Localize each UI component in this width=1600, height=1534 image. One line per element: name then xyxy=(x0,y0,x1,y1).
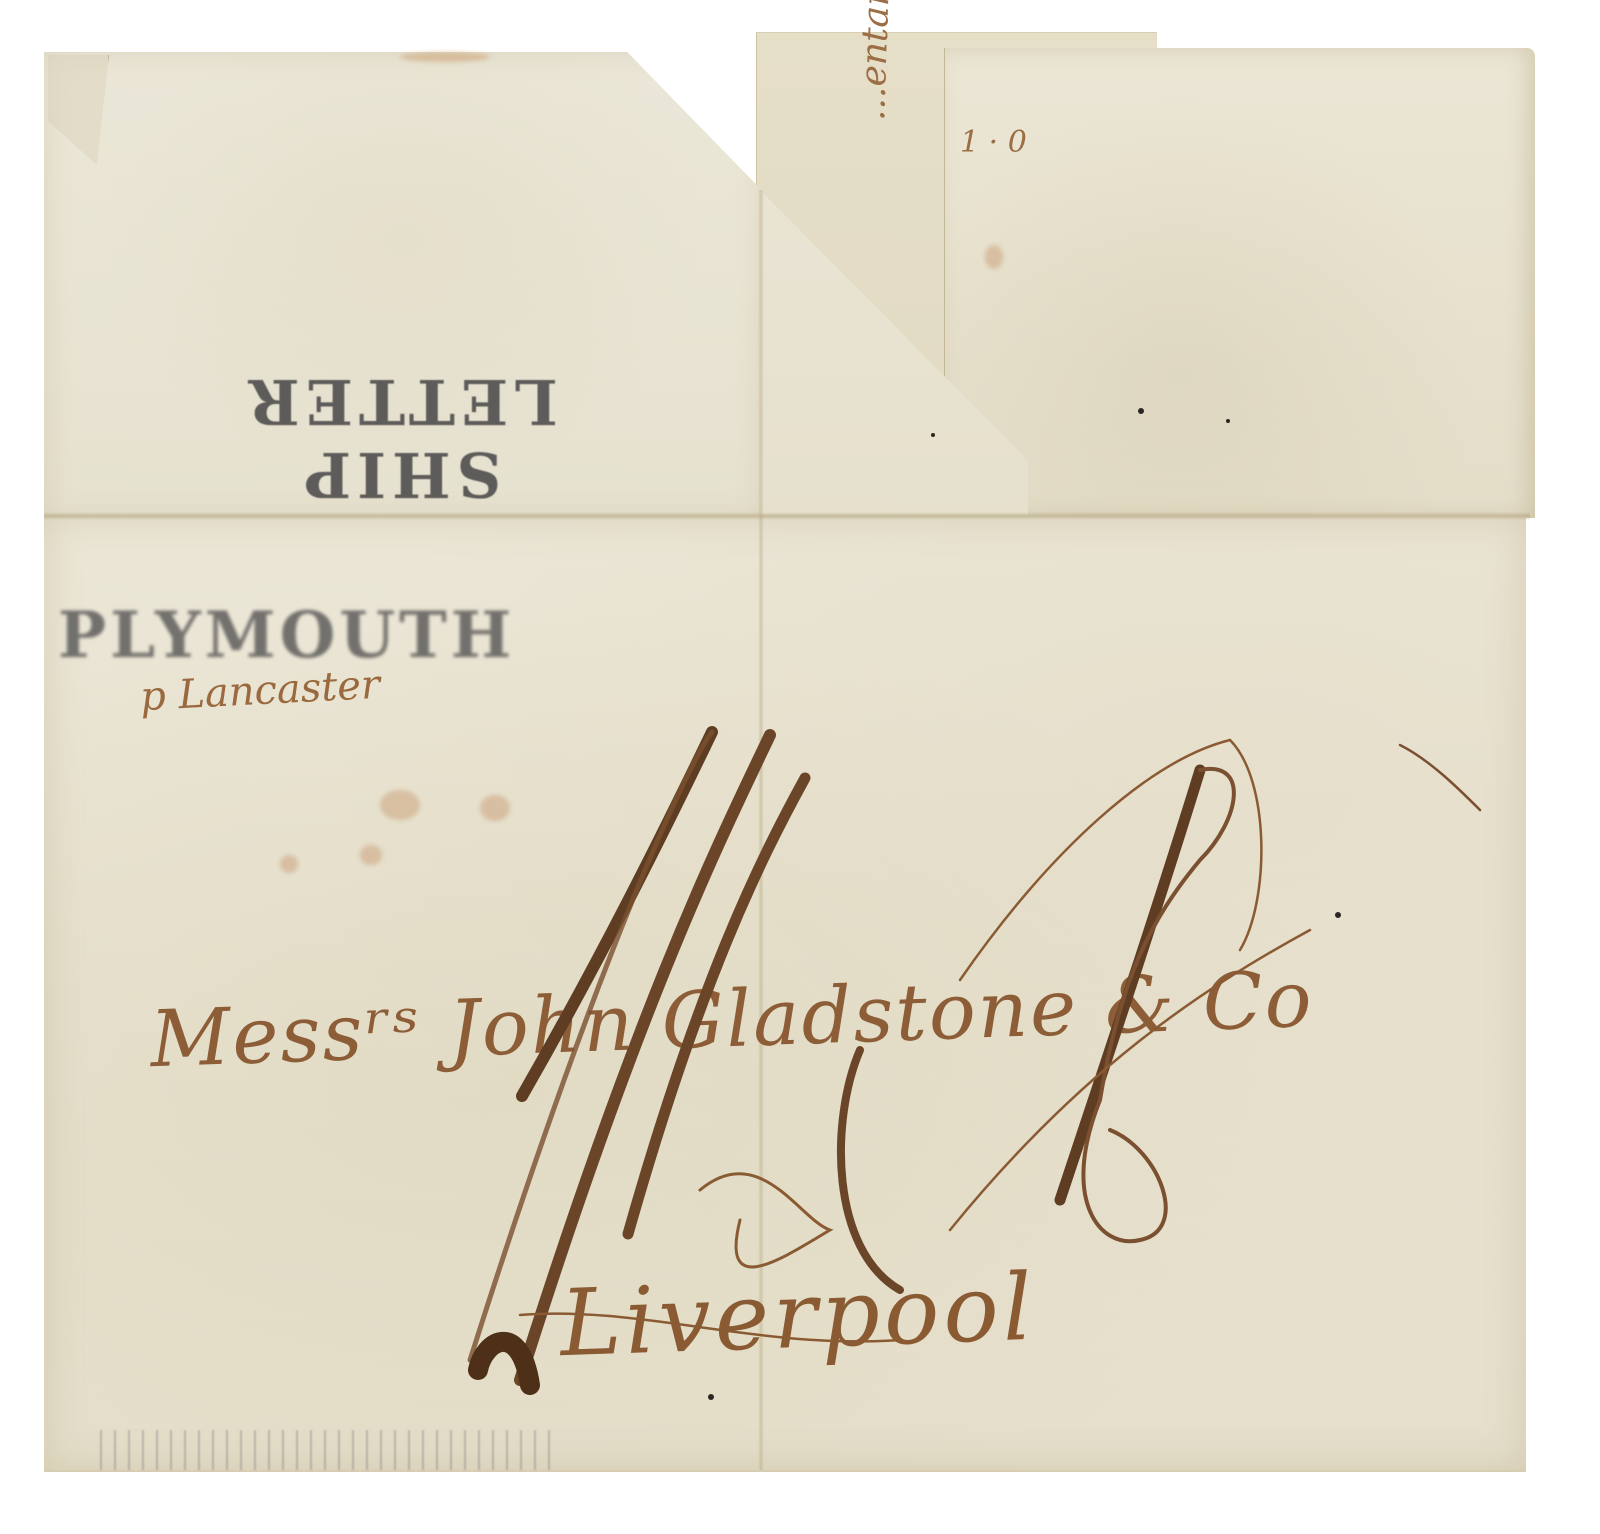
ink-dot xyxy=(1335,912,1341,918)
upper-right-panel xyxy=(944,48,1535,518)
foxing-stain xyxy=(380,790,420,820)
ink-dot xyxy=(1138,408,1144,414)
foxing-stain xyxy=(985,245,1003,269)
ink-dot xyxy=(708,1394,714,1400)
flap-docket: ...entane xyxy=(852,0,899,121)
ship-letter-handstamp: SHIP LETTER xyxy=(170,365,630,511)
address-city: Liverpool xyxy=(558,1254,1037,1378)
edge-stain xyxy=(400,52,490,62)
bottom-edge-ink-marks xyxy=(100,1430,560,1470)
foxing-stain xyxy=(480,795,510,821)
foxing-stain xyxy=(280,855,298,873)
foxing-stain xyxy=(360,845,382,865)
town-handstamp: PLYMOUTH xyxy=(58,598,498,673)
horizontal-fold-line xyxy=(44,512,1530,520)
flap-docket-marks: 1 · 0 xyxy=(960,125,1027,160)
ink-dot xyxy=(931,433,935,437)
ink-dot xyxy=(1226,419,1230,423)
